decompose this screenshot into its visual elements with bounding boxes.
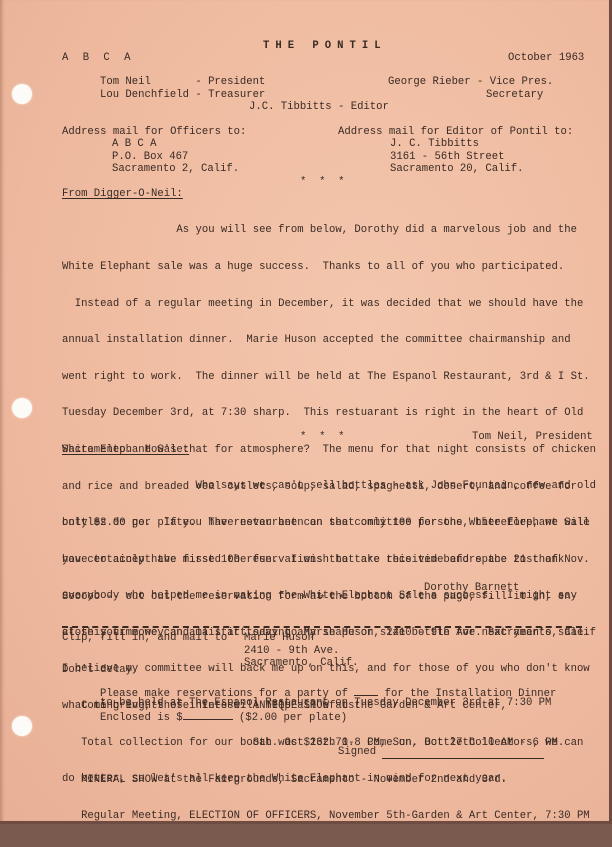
mail-to-line: 2410 - 9th Ave. <box>244 645 339 657</box>
reservation-text: ($2.00 per plate) <box>233 712 347 724</box>
org-name: A B C A <box>62 52 135 64</box>
clip-dashed-line <box>62 626 582 628</box>
body-line: Who says we can't sell bottles - ask Joh… <box>62 480 592 492</box>
officer-secretary: Secretary <box>486 89 543 101</box>
section-separator: * * * <box>300 176 345 188</box>
officers-address-line: A B C A <box>112 138 157 150</box>
digger-section-heading: From Digger-O-Neil: <box>62 188 183 200</box>
signed-label: Signed <box>338 746 376 758</box>
officer-treasurer: Lou Denchfield - Treasurer <box>100 89 265 101</box>
reservation-line-3: Enclosed is $ ($2.00 per plate) <box>100 709 347 724</box>
body-line: annual installation dinner. Marie Huson … <box>62 334 592 346</box>
punch-hole <box>12 398 32 418</box>
party-size-field[interactable] <box>354 685 378 696</box>
body-line: went right to work. The dinner will be h… <box>62 371 592 383</box>
signature-field[interactable] <box>382 748 544 759</box>
body-line: Instead of a regular meeting in December… <box>62 298 592 310</box>
officers-address-label: Address mail for Officers to: <box>62 126 246 138</box>
editor-address-line: J. C. Tibbitts <box>390 138 479 150</box>
punch-hole <box>12 716 32 736</box>
body-line: As you will see from below, Dorothy did … <box>62 224 592 236</box>
section-separator: * * * <box>300 594 345 606</box>
mail-to-line: Sacramento, Calif. <box>244 657 358 669</box>
section-separator: * * * <box>300 431 345 443</box>
officers-address-line: P.O. Box 467 <box>112 151 188 163</box>
editor-address-line: 3161 - 56th Street <box>390 151 504 163</box>
white-elephant-signature: Dorothy Barnett <box>424 582 519 594</box>
reservation-line-2: to be held at The Espanol Restaurant on … <box>100 697 551 709</box>
punch-hole <box>12 84 32 104</box>
digger-signature: Tom Neil, President <box>472 431 593 443</box>
editor-address-line: Sacramento 20, Calif. <box>390 163 524 175</box>
officers-address-line: Sacramento 2, Calif. <box>112 163 239 175</box>
officer-president: Tom Neil - President <box>100 76 265 88</box>
reservation-text: Enclosed is $ <box>100 712 183 724</box>
amount-enclosed-field[interactable] <box>183 709 233 720</box>
body-line: you certainly have missed the fun. I wis… <box>62 554 592 566</box>
officer-vice-president: George Rieber - Vice Pres. <box>388 76 553 88</box>
newsletter-page: THE PONTIL A B C A October 1963 Tom Neil… <box>0 0 612 824</box>
issue-date: October 1963 <box>508 52 584 64</box>
mail-to-line: Marie Huson <box>244 632 314 644</box>
newsletter-title: THE PONTIL <box>263 40 387 52</box>
body-line: Regular Meeting, ELECTION OF OFFICERS, N… <box>62 810 592 822</box>
officer-editor: J.C. Tibbitts - Editor <box>249 101 389 113</box>
body-line: White Elephant sale was a huge success. … <box>62 261 592 273</box>
clip-instruction: Clip, fill in, and mail to <box>62 632 227 644</box>
body-line: do better, so let's all keep the White E… <box>62 773 592 785</box>
editor-address-label: Address mail for Editor of Pontil to: <box>338 126 573 138</box>
white-elephant-heading: White Elephant Sale: <box>62 444 189 456</box>
body-line: bottles do go. If you have never been on… <box>62 517 592 529</box>
body-line: Tuesday December 3rd, at 7:30 sharp. Thi… <box>62 407 592 419</box>
